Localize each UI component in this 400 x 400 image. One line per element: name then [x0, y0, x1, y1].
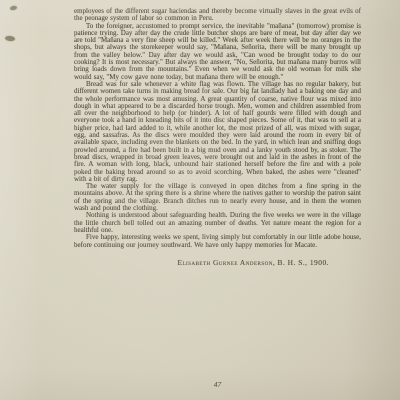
- ink-speck: [5, 35, 15, 41]
- ink-speck: [10, 5, 18, 10]
- paragraph-continuation: employees of the different sugar haciend…: [74, 8, 361, 23]
- paragraph: The water supply for the village is conv…: [74, 183, 361, 212]
- paragraph: Five happy, interesting weeks we spent, …: [74, 234, 361, 249]
- author-signature: Elisabeth Gurnee Anderson, B. H. S., 190…: [74, 258, 361, 267]
- paragraph: Nothing is understood about safeguarding…: [74, 212, 361, 234]
- page-text-block: employees of the different sugar haciend…: [74, 8, 361, 267]
- page-number: 47: [74, 380, 361, 389]
- paragraph: To the foreigner, accustomed to prompt s…: [74, 23, 361, 81]
- book-page: employees of the different sugar haciend…: [0, 0, 400, 400]
- paragraph: Bread was for sale whenever a white flag…: [74, 81, 361, 183]
